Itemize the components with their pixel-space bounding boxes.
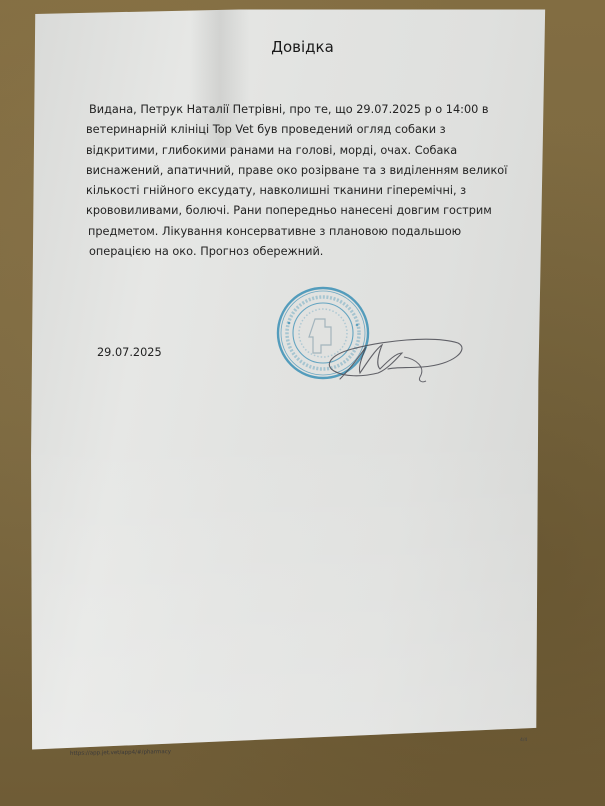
document-title: Довідка: [0, 38, 605, 56]
body-line: ветеринарній клініці Top Vet був проведе…: [86, 120, 536, 140]
body-line: операцією на око. Прогноз обережний.: [86, 242, 536, 262]
body-line: відкритими, глибокими ранами на голові, …: [86, 141, 536, 161]
body-line: крововиливами, болючі. Рани попередньо н…: [86, 201, 536, 221]
body-line: кількості гнійного ексудату, навколишні …: [86, 181, 536, 201]
body-line: предметом. Лікування консервативне з пла…: [86, 222, 536, 242]
document-body: Видана, Петрук Наталії Петрівні, про те,…: [86, 100, 536, 262]
signature-icon: [322, 327, 467, 387]
body-line: виснажений, апатичний, праве око розірва…: [86, 161, 536, 181]
document-date: 29.07.2025: [97, 346, 162, 359]
footer-url: https://app.jet.vet/app4/#/pharmacy: [70, 749, 171, 757]
body-line: Видана, Петрук Наталії Петрівні, про те,…: [86, 100, 536, 120]
page-number: 4/4: [520, 738, 527, 743]
